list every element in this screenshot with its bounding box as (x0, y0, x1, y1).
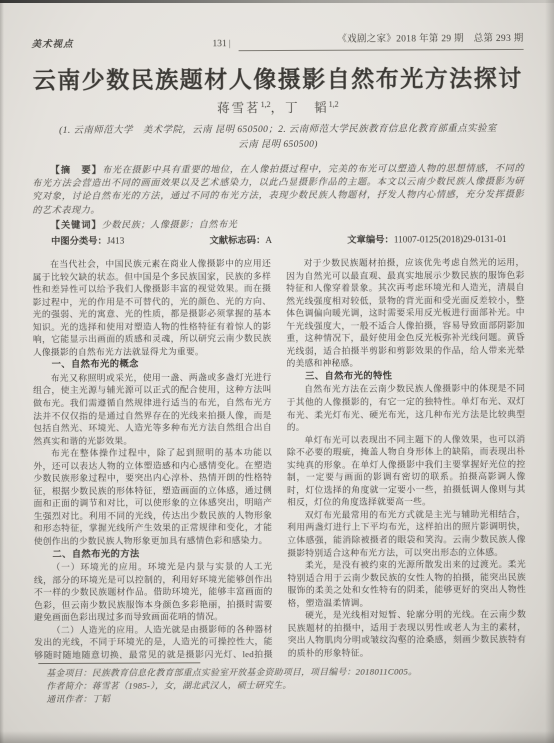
scanned-paper-page: 美术视点 131| 《戏剧之家》2018 年第 29 期 总第 293 期 云南… (0, 0, 554, 743)
body-paragraph: 自然布光方法在云南少数民族人像摄影中的体现是不同于其他的人像摄影的，有它一定的独… (287, 382, 526, 433)
scan-edge-top (0, 0, 554, 3)
affiliation-line: (1. 云南师范大学 美术学院，云南 昆明 650500；2. 云南师范大学民族… (32, 122, 524, 139)
clc-number: 中图分类号：J413 (32, 234, 209, 249)
footnote-rule (38, 662, 200, 664)
body-paragraph: 柔光，是没有被约束的光源所散发出来的过渡光。柔光特别适合用于云南少数民族的女性人… (287, 558, 526, 609)
body-paragraph: 双灯布光最常用的布光方式就是主光与辅助光相结合，利用两盏灯进行上下平均布光，这样… (287, 508, 526, 559)
document-code: 文献标志码：A (210, 234, 348, 249)
keywords-text: 少数民族；人像摄影；自然布光 (102, 219, 238, 230)
author-line: 蒋雪茗1,2，丁 韬1,2 (32, 97, 524, 117)
author-name: 丁 韬 (285, 101, 329, 115)
abstract-label: 【摘 要】 (50, 165, 102, 175)
footnote-corresponding: 通讯作者：丁韬 (34, 691, 526, 706)
body-paragraph: 布光又称照明或采光，使用一盏、两盏或多盏灯光进行组合，使主光源与辅光源可以正式的… (33, 371, 272, 447)
author-name: 蒋雪茗 (217, 101, 261, 115)
body-paragraph: 在当代社会，中国民族元素在商业人像摄影中的应用还属于比较欠缺的状态。但中国是个多… (33, 257, 272, 358)
article-id: 文章编号：11007-0125(2018)29-0131-01 (347, 233, 524, 248)
scan-edge-right (545, 0, 554, 743)
keywords: 【关键词】少数民族；人像摄影；自然布光 (32, 217, 524, 232)
body-paragraph: 布光在整体操作过程中，除了起到照明的基本功能以外，还可以表达人物的立体塑造感和内… (33, 446, 272, 547)
keywords-label: 【关键词】 (51, 220, 102, 230)
abstract: 【摘 要】布光在摄影中具有重要的地位，在人像拍摄过程中，完美的布光可以塑造人物的… (32, 162, 524, 217)
page-number: 131 (212, 39, 226, 49)
column-left: 在当代社会，中国民族元素在商业人像摄影中的应用还属于比较欠缺的状态。但中国是个多… (33, 257, 273, 659)
scan-edge-left (0, 0, 4, 743)
affiliation: (1. 云南师范大学 美术学院，云南 昆明 650500；2. 云南师范大学民族… (32, 122, 524, 153)
section-heading: 一、自然布光的概念 (33, 357, 272, 372)
header-divider: | (227, 39, 233, 49)
section-heading: 二、自然布光的方法 (34, 547, 273, 562)
body-paragraph: 硬光，是光线相对短暂、轮廓分明的光线。在云南少数民族题材的拍摄中，适用于表现以男… (288, 608, 527, 658)
affiliation-line: 云南 昆明 650500) (32, 136, 524, 153)
author-superscript: 1,2 (261, 100, 271, 109)
running-header: 美术视点 131| 《戏剧之家》2018 年第 29 期 总第 293 期 (32, 33, 524, 52)
article-title: 云南少数民族题材人像摄影自然布光方法探讨 (32, 63, 524, 95)
journal-section-label: 美术视点 (32, 39, 152, 53)
section-heading: 三、自然布光的特性 (287, 369, 526, 384)
page-content: 美术视点 131| 《戏剧之家》2018 年第 29 期 总第 293 期 云南… (32, 33, 527, 706)
abstract-text: 布光在摄影中具有重要的地位，在人像拍摄过程中，完美的布光可以塑造人物的思想情感，… (32, 163, 524, 215)
body-paragraph: 单灯布光可以表现出不同主题下的人像效果，也可以消除不必要的瑕疵，掩盖人物自身形体… (287, 433, 526, 509)
body-paragraph: （二）人造光的应用。人造光就是由摄影师的各种器材发出的光线，不同于环境光的是，人… (34, 623, 273, 659)
article-meta-row: 中图分类号：J413 文献标志码：A 文章编号：11007-0125(2018)… (32, 233, 524, 249)
author-separator: ， (271, 101, 286, 115)
body-columns: 在当代社会，中国民族元素在商业人像摄影中的应用还属于比较欠缺的状态。但中国是个多… (33, 256, 527, 659)
journal-issue-info: 《戏剧之家》2018 年第 29 期 总第 293 期 (239, 33, 524, 51)
body-paragraph: （一）环境光的应用。环境光是内景与实景的人工光线，部分的环境光是可以控制的，利用… (34, 560, 273, 624)
author-superscript: 1,2 (329, 100, 339, 109)
scan-edge-bottom (0, 731, 554, 743)
column-right: 对于少数民族题材拍摄，应该优先考虑自然光的运用，因为自然光可以最直观、最真实地展… (286, 256, 526, 658)
body-paragraph: 对于少数民族题材拍摄，应该优先考虑自然光的运用，因为自然光可以最直观、最真实地展… (286, 256, 525, 370)
